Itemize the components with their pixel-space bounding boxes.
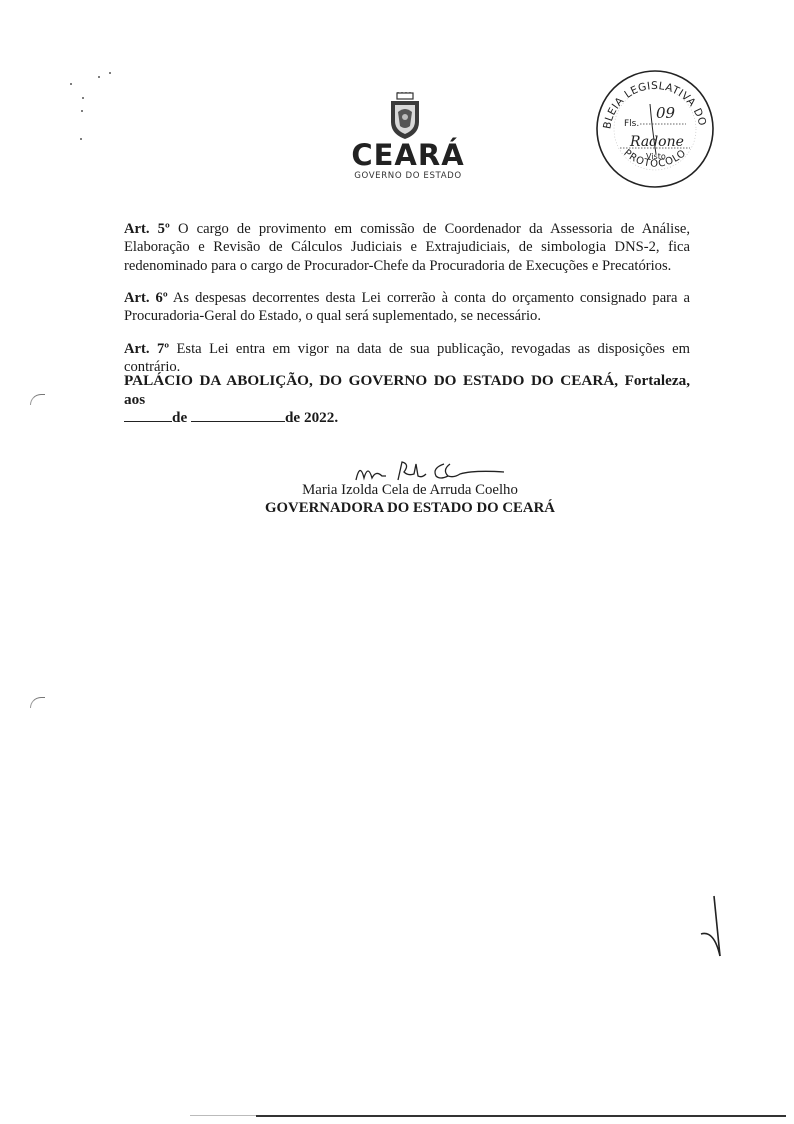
coat-of-arms-icon — [386, 92, 424, 140]
article-text: O cargo de provimento em comissão de Coo… — [124, 221, 690, 274]
month-blank — [191, 409, 285, 422]
initial-mark — [700, 894, 730, 964]
scan-speck — [82, 97, 84, 99]
brand-logo: CEARÁ GOVERNO DO ESTADO — [348, 140, 468, 181]
footer-rule — [256, 1115, 786, 1117]
article-label: Art. 6º — [124, 290, 168, 306]
scan-speck — [98, 76, 100, 78]
scan-speck — [81, 110, 83, 112]
svg-text:09: 09 — [656, 104, 676, 122]
protocol-stamp: ASSEMBLEIA LEGISLATIVA DO CEARÁ PROTOCOL… — [594, 68, 716, 190]
footer-rule-faint — [190, 1115, 260, 1116]
article-text: As despesas decorrentes desta Lei correr… — [124, 290, 690, 324]
punch-hole-mark — [30, 697, 45, 708]
closing-year: de 2022. — [285, 409, 338, 426]
day-blank — [124, 409, 172, 422]
closing-de-1: de — [172, 409, 187, 426]
brand-title: CEARÁ — [348, 140, 468, 170]
article-5: Art. 5º O cargo de provimento em comissã… — [124, 220, 690, 275]
article-label: Art. 5º — [124, 221, 170, 237]
svg-text:Fls.: Fls. — [624, 119, 639, 129]
article-6: Art. 6º As despesas decorrentes desta Le… — [124, 289, 690, 326]
closing-place-date: PALÁCIO DA ABOLIÇÃO, DO GOVERNO DO ESTAD… — [124, 372, 690, 428]
scan-speck — [70, 83, 72, 85]
signer-name: Maria Izolda Cela de Arruda Coelho — [260, 482, 560, 499]
closing-place: PALÁCIO DA ABOLIÇÃO, DO GOVERNO DO ESTAD… — [124, 372, 618, 389]
article-text: Esta Lei entra em vigor na data de sua p… — [124, 341, 690, 375]
punch-hole-mark — [30, 394, 45, 405]
scan-speck — [80, 138, 82, 140]
scan-speck — [109, 72, 111, 74]
article-label: Art. 7º — [124, 341, 169, 357]
signer-title: GOVERNADORA DO ESTADO DO CEARÁ — [238, 499, 582, 517]
brand-subtitle: GOVERNO DO ESTADO — [348, 171, 468, 181]
